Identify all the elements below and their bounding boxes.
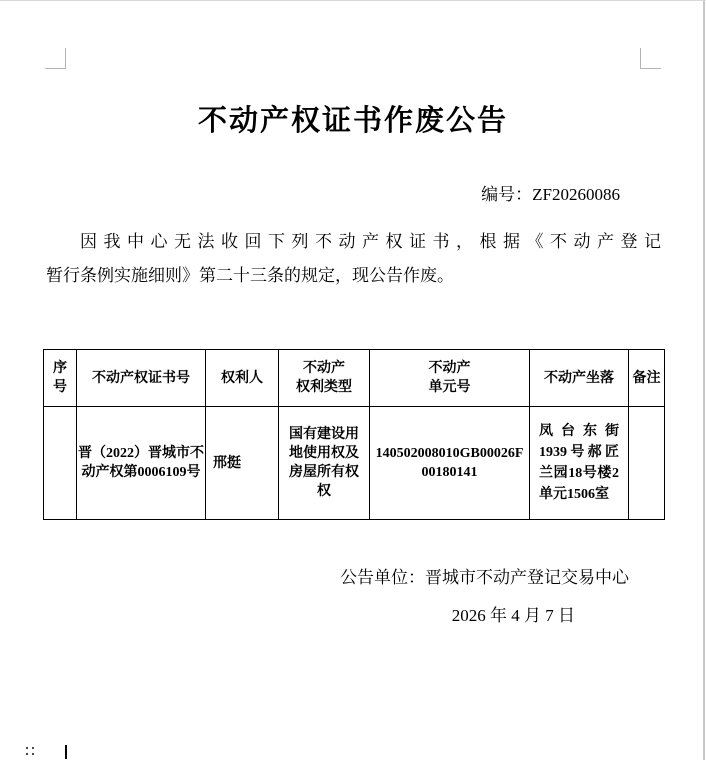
body-paragraph: 因我中心无法收回下列不动产权证书，根据《不动产登记 暂行条例实施细则》第二十三条…	[46, 225, 661, 293]
cell-remark	[629, 407, 665, 520]
header-unit-no: 不动产 单元号	[370, 350, 530, 407]
cell-location: 凤台东街1939号郝匠兰园18号楼2单元1506室	[530, 407, 629, 520]
header-location: 不动产坐落	[530, 350, 629, 407]
header-cert-no: 不动产权证书号	[77, 350, 206, 407]
body-line: 暂行条例实施细则》第二十三条的规定，现公告作废。	[46, 259, 661, 293]
cell-cert-no: 晋（2022）晋城市不动产权第0006109号	[77, 407, 206, 520]
cell-right-type: 国有建设用地使用权及房屋所有权权	[279, 407, 370, 520]
doc-number: 编号：ZF20260086	[0, 183, 620, 207]
cell-unit-no: 140502008010GB00026F00180141	[370, 407, 530, 520]
page-title: 不动产权证书作废公告	[0, 104, 706, 139]
page-right-edge	[703, 1, 705, 760]
header-right-type: 不动产 权利类型	[279, 350, 370, 407]
issuer-line: 公告单位：晋城市不动产登记交易中心	[0, 566, 629, 589]
date-line: 2026 年 4 月 7 日	[0, 604, 575, 627]
cell-holder: 邢挺	[206, 407, 279, 520]
document-page[interactable]: 不动产权证书作废公告 编号：ZF20260086 因我中心无法收回下列不动产权证…	[0, 0, 706, 760]
text-cursor	[65, 745, 67, 759]
table-header-row: 序 号 不动产权证书号 权利人 不动产 权利类型 不动产 单元号 不动产坐落 备…	[44, 350, 665, 407]
crop-mark-top-left-icon	[45, 48, 66, 69]
crop-mark-top-right-icon	[640, 48, 661, 69]
drag-handle-dots-icon[interactable]	[26, 747, 35, 756]
header-holder: 权利人	[206, 350, 279, 407]
header-seq: 序 号	[44, 350, 77, 407]
body-line: 因我中心无法收回下列不动产权证书，根据《不动产登记	[46, 225, 661, 259]
certificate-table: 序 号 不动产权证书号 权利人 不动产 权利类型 不动产 单元号 不动产坐落 备…	[43, 349, 665, 520]
cell-seq	[44, 407, 77, 520]
table-row: 晋（2022）晋城市不动产权第0006109号 邢挺 国有建设用地使用权及房屋所…	[44, 407, 665, 520]
header-remark: 备注	[629, 350, 665, 407]
